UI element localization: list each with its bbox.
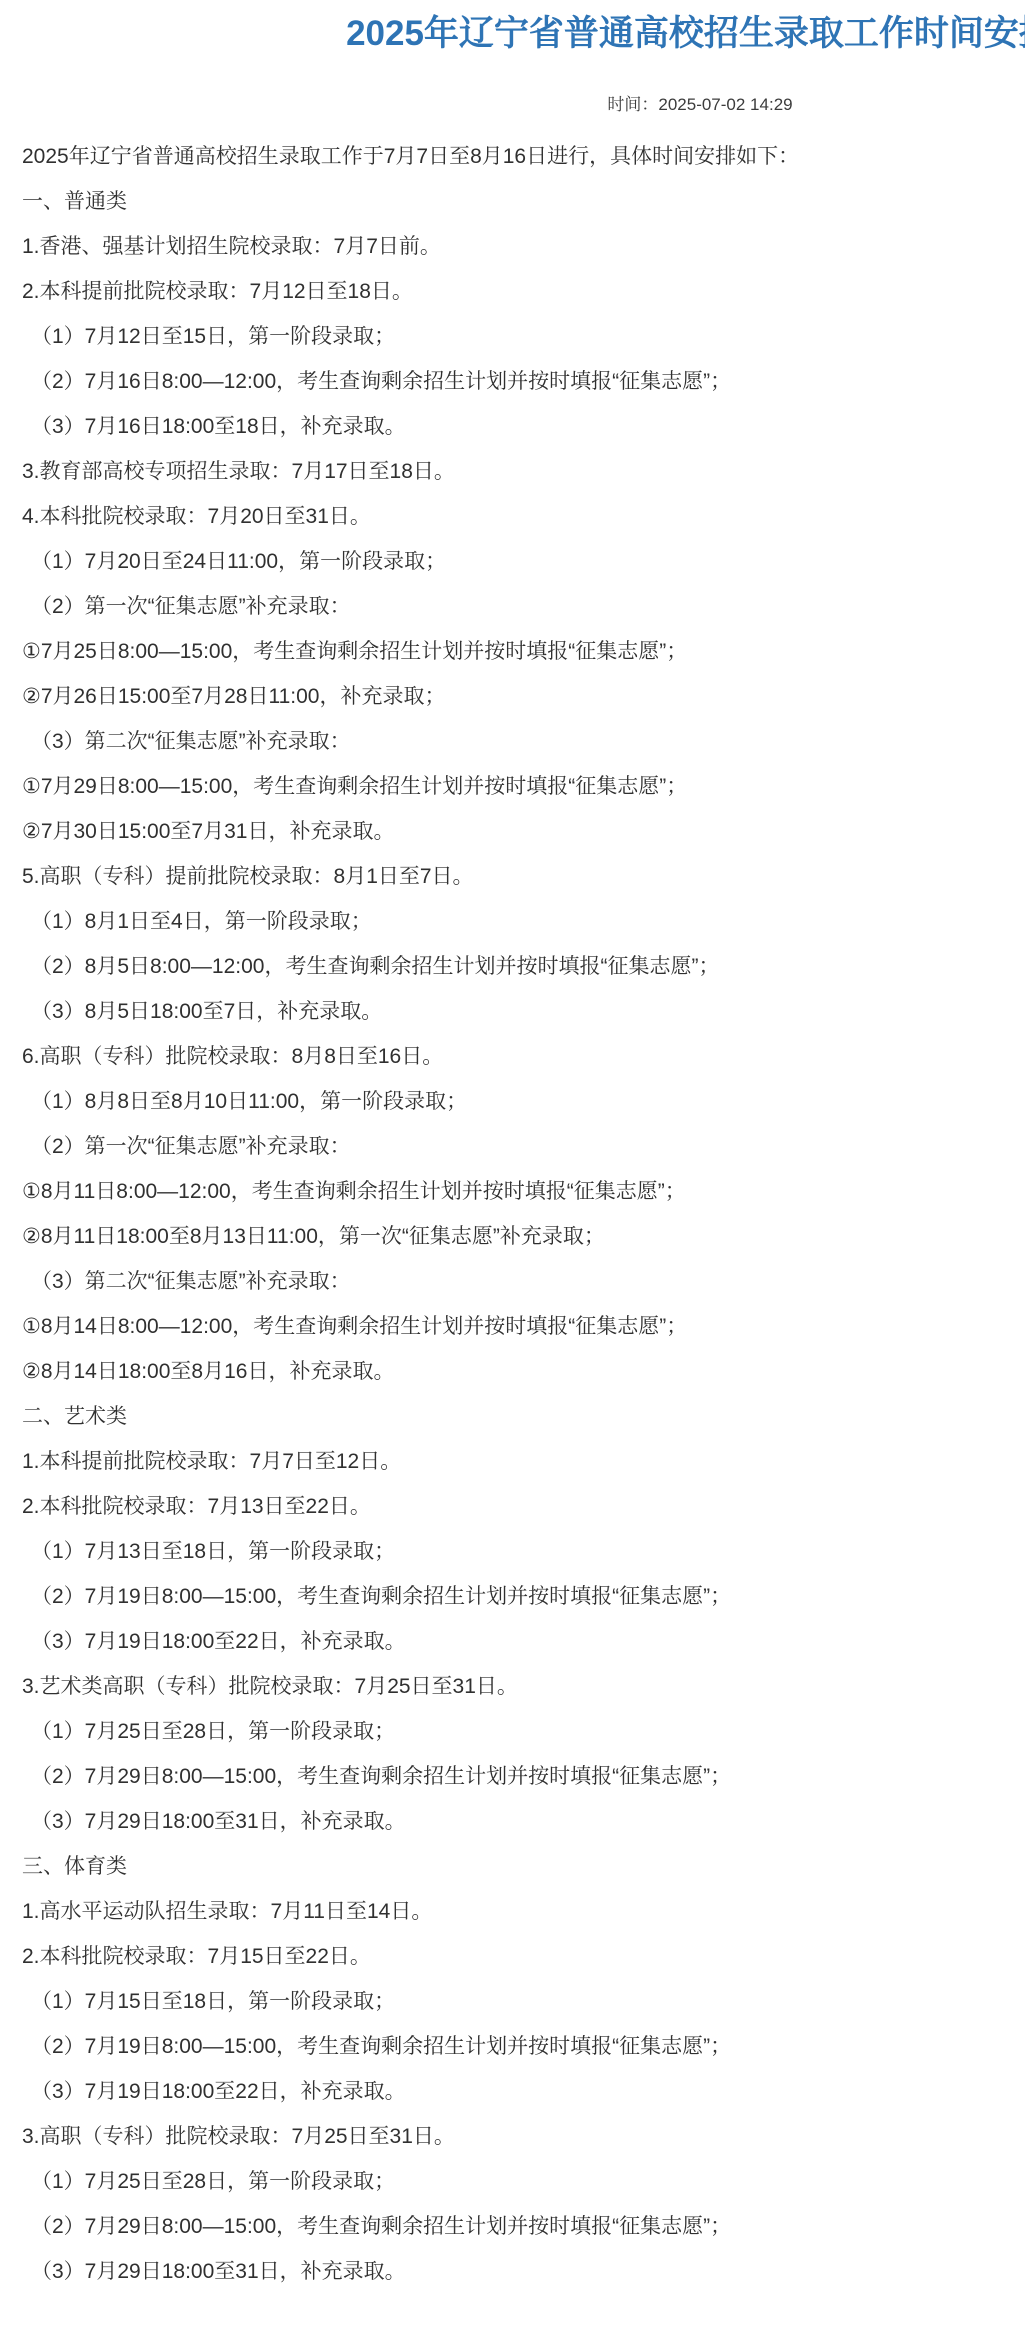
schedule-line: ②8月11日18:00至8月13日11:00，第一次“征集志愿”补充录取； xyxy=(22,1225,1025,1249)
schedule-line: ②8月14日18:00至8月16日，补充录取。 xyxy=(22,1360,1025,1384)
schedule-line: （2）7月29日8:00—15:00，考生查询剩余招生计划并按时填报“征集志愿”… xyxy=(22,1765,1025,1789)
schedule-line: 2.本科批院校录取：7月13日至22日。 xyxy=(22,1495,1025,1519)
section-heading: 三、体育类 xyxy=(22,1855,1025,1879)
schedule-line: ②7月30日15:00至7月31日，补充录取。 xyxy=(22,820,1025,844)
schedule-line: 1.本科提前批院校录取：7月7日至12日。 xyxy=(22,1450,1025,1474)
schedule-line: （3）7月19日18:00至22日，补充录取。 xyxy=(22,2080,1025,2104)
section-heading: 二、艺术类 xyxy=(22,1405,1025,1429)
schedule-line: （2）7月16日8:00—12:00，考生查询剩余招生计划并按时填报“征集志愿”… xyxy=(22,370,1025,394)
schedule-line: 2.本科提前批院校录取：7月12日至18日。 xyxy=(22,280,1025,304)
schedule-line: （1）7月25日至28日，第一阶段录取； xyxy=(22,1720,1025,1744)
schedule-line: （1）7月25日至28日，第一阶段录取； xyxy=(22,2170,1025,2194)
article: 2025年辽宁省普通高校招生录取工作时间安排 时间：2025-07-02 14:… xyxy=(22,0,1025,2284)
schedule-line: 6.高职（专科）批院校录取：8月8日至16日。 xyxy=(22,1045,1025,1069)
schedule-line: （3）第二次“征集志愿”补充录取： xyxy=(22,730,1025,754)
schedule-line: （2）7月29日8:00—15:00，考生查询剩余招生计划并按时填报“征集志愿”… xyxy=(22,2215,1025,2239)
schedule-line: （2）第一次“征集志愿”补充录取： xyxy=(22,1135,1025,1159)
schedule-line: ①7月25日8:00—15:00，考生查询剩余招生计划并按时填报“征集志愿”； xyxy=(22,640,1025,664)
schedule-line: （3）第二次“征集志愿”补充录取： xyxy=(22,1270,1025,1294)
schedule-line: ①8月14日8:00—12:00，考生查询剩余招生计划并按时填报“征集志愿”； xyxy=(22,1315,1025,1339)
section-heading: 一、普通类 xyxy=(22,190,1025,214)
schedule-line: （3）7月19日18:00至22日，补充录取。 xyxy=(22,1630,1025,1654)
schedule-line: ①7月29日8:00—15:00，考生查询剩余招生计划并按时填报“征集志愿”； xyxy=(22,775,1025,799)
schedule-line: （2）7月19日8:00—15:00，考生查询剩余招生计划并按时填报“征集志愿”… xyxy=(22,2035,1025,2059)
schedule-line: 1.香港、强基计划招生院校录取：7月7日前。 xyxy=(22,235,1025,259)
schedule-line: （3）7月16日18:00至18日，补充录取。 xyxy=(22,415,1025,439)
schedule-line: 5.高职（专科）提前批院校录取：8月1日至7日。 xyxy=(22,865,1025,889)
schedule-line: 3.高职（专科）批院校录取：7月25日至31日。 xyxy=(22,2125,1025,2149)
schedule-line: （1）8月8日至8月10日11:00，第一阶段录取； xyxy=(22,1090,1025,1114)
schedule-line: （1）8月1日至4日，第一阶段录取； xyxy=(22,910,1025,934)
schedule-line: ②7月26日15:00至7月28日11:00，补充录取； xyxy=(22,685,1025,709)
page-title: 2025年辽宁省普通高校招生录取工作时间安排 xyxy=(22,0,1025,54)
schedule-line: 3.教育部高校专项招生录取：7月17日至18日。 xyxy=(22,460,1025,484)
schedule-line: 3.艺术类高职（专科）批院校录取：7月25日至31日。 xyxy=(22,1675,1025,1699)
schedule-line: 4.本科批院校录取：7月20日至31日。 xyxy=(22,505,1025,529)
article-body: 2025年辽宁省普通高校招生录取工作于7月7日至8月16日进行，具体时间安排如下… xyxy=(22,145,1025,2284)
schedule-line: （1）7月13日至18日，第一阶段录取； xyxy=(22,1540,1025,1564)
schedule-line: 1.高水平运动队招生录取：7月11日至14日。 xyxy=(22,1900,1025,1924)
schedule-line: （2）8月5日8:00—12:00，考生查询剩余招生计划并按时填报“征集志愿”； xyxy=(22,955,1025,979)
publish-time: 时间：2025-07-02 14:29 xyxy=(22,94,1025,116)
schedule-line: （3）7月29日18:00至31日，补充录取。 xyxy=(22,2260,1025,2284)
schedule-line: （3）8月5日18:00至7日，补充录取。 xyxy=(22,1000,1025,1024)
schedule-line: 2.本科批院校录取：7月15日至22日。 xyxy=(22,1945,1025,1969)
schedule-line: （2）第一次“征集志愿”补充录取： xyxy=(22,595,1025,619)
schedule-line: （3）7月29日18:00至31日，补充录取。 xyxy=(22,1810,1025,1834)
schedule-line: （2）7月19日8:00—15:00，考生查询剩余招生计划并按时填报“征集志愿”… xyxy=(22,1585,1025,1609)
intro-paragraph: 2025年辽宁省普通高校招生录取工作于7月7日至8月16日进行，具体时间安排如下… xyxy=(22,145,1025,169)
schedule-line: ①8月11日8:00—12:00，考生查询剩余招生计划并按时填报“征集志愿”； xyxy=(22,1180,1025,1204)
schedule-line: （1）7月12日至15日，第一阶段录取； xyxy=(22,325,1025,349)
schedule-line: （1）7月20日至24日11:00，第一阶段录取； xyxy=(22,550,1025,574)
schedule-line: （1）7月15日至18日，第一阶段录取； xyxy=(22,1990,1025,2014)
